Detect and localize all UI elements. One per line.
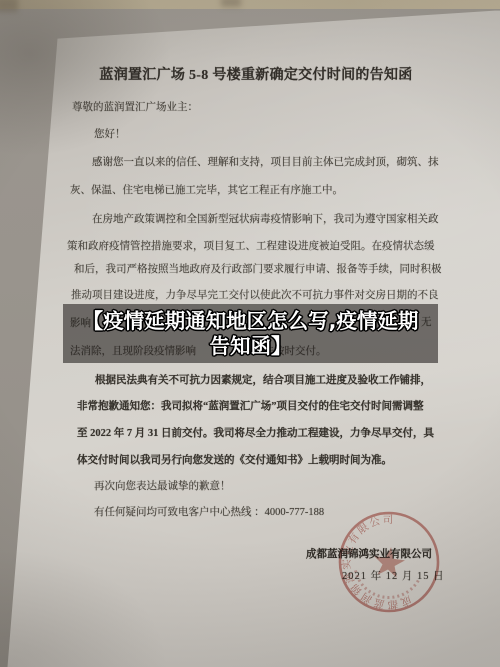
seal-star-icon — [372, 545, 407, 578]
caption-line-2: 告知函】 — [210, 334, 292, 359]
letter-apology: 再次向您表达最诚挚的歉意！ — [94, 478, 231, 493]
letter-photo: 蓝润置汇广场 5-8 号楼重新确定交付时间的告知函 尊敬的蓝润置汇广场业主： 您… — [0, 0, 500, 667]
letter-line: 根据民法典有关不可抗力因素规定，结合项目施工进度及验收工作铺排， — [95, 372, 431, 387]
letter-line: 感谢您一直以来的信任、理解和支持，项目目前主体已完成封顶，砌筑、抹 — [92, 154, 439, 169]
letter-line: 策和政府疫情管控措施要求，项目复工、工程建设进度被迫受阻。在疫情状态缓 — [67, 238, 435, 253]
letter-title: 蓝润置汇广场 5-8 号楼重新确定交付时间的告知函 — [50, 64, 462, 84]
caption-overlay-bar: 【疫情延期通知地区怎么写,疫情延期 告知函】 — [63, 304, 438, 363]
photo-smudge — [0, 0, 18, 12]
letter-line: 和后，我司严格按照当地政府及行政部门要求履行申请、报备等手续，同时积极 — [74, 261, 442, 276]
letter-line: 体交付时间以我司另行向您发送的《交付通知书》上载明时间为准。 — [77, 452, 392, 467]
letter-salutation: 尊敬的蓝润置汇广场业主： — [72, 99, 198, 114]
letter-line: 推动项目建设进度，力争尽早完工交付以使此次不可抗力事件对交房日期的不良 — [71, 287, 439, 302]
letter-greeting: 您好！ — [94, 126, 126, 141]
letter-line: 灰、保温、住宅电梯已施工完毕，其它工程正有序施工中。 — [70, 182, 343, 197]
company-seal-stamp: 成都蓝润锦鸿实业有限公司 — [329, 502, 449, 622]
table-edge — [0, 0, 500, 9]
caption-line-1: 【疫情延期通知地区怎么写,疫情延期 — [83, 309, 419, 334]
photo-smudge — [221, 0, 241, 7]
letter-line: 非常抱歉通知您：我司拟将“蓝润置汇广场”项目交付的住宅交付时间需调整 — [77, 398, 424, 413]
letter-line: 在房地产政策调控和全国新型冠状病毒疫情影响下，我司为遵守国家相关政 — [92, 211, 439, 226]
letter-hotline: 有任何疑问均可致电客户中心热线 ：4000-777-188 — [94, 504, 324, 519]
letter-line: 至 2022 年 7 月 31 日前交付。我司将尽全力推动工程建设，力争尽早交付… — [77, 425, 434, 440]
